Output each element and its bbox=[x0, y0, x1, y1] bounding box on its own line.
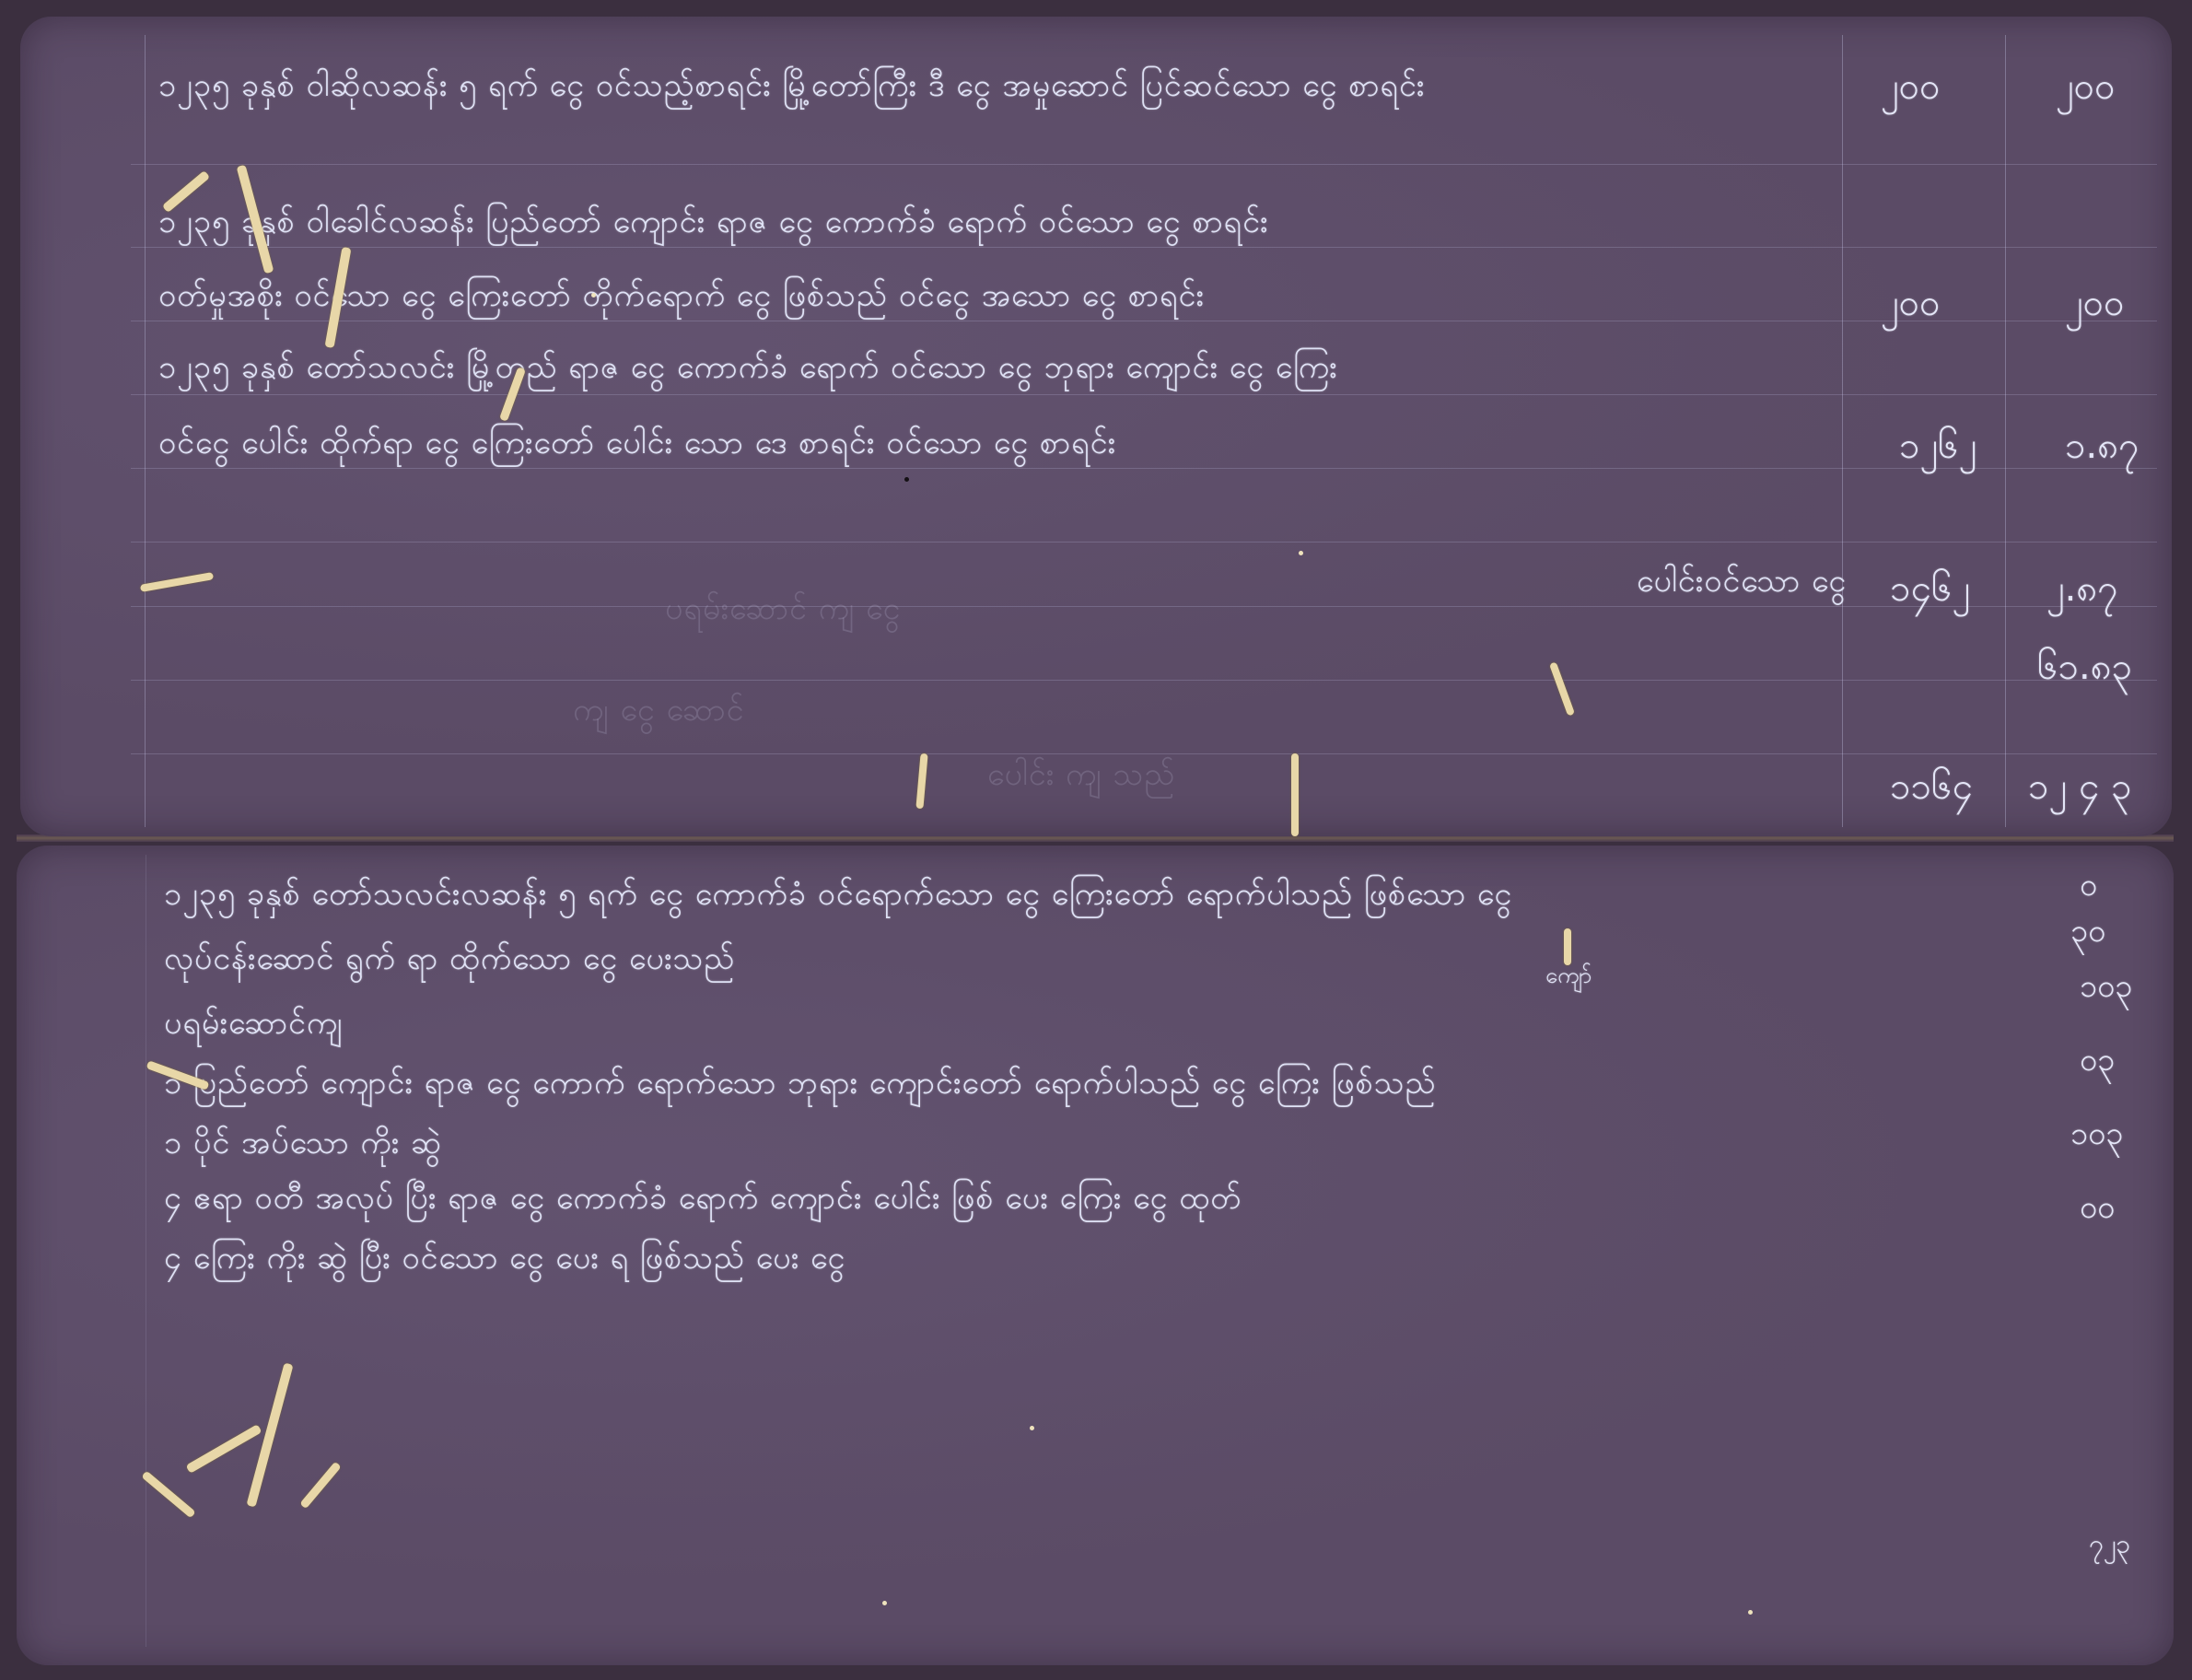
damage-crack bbox=[1564, 928, 1571, 965]
final-col2: ၁၂ ၄ ၃ bbox=[2028, 763, 2132, 817]
margin-rule bbox=[145, 35, 146, 827]
ruled-line bbox=[131, 542, 2157, 542]
ruled-line bbox=[131, 606, 2157, 607]
column-rule bbox=[1842, 35, 1843, 827]
entry-2-col2: ၂၀၀ bbox=[2065, 279, 2125, 333]
manuscript-panel-top: ၁၂၃၅ ခုနှစ် ဝါဆိုလဆန်း ၅ ရက် ငွေ ဝင်သည့်… bbox=[20, 17, 2172, 836]
damage-crack bbox=[141, 1471, 195, 1519]
ghost-text-1: ပရမ်းဆောင် ကျ ငွေ bbox=[665, 588, 901, 635]
final-col1: ၁၁၆၄ bbox=[1890, 763, 1973, 817]
bottom-line-6: ၄ ဧရာ ဝတီ အလုပ် ပြီး ရာဇ ငွေ ကောက်ခံ ရော… bbox=[164, 1177, 1242, 1224]
entry-3-col2: ၁.၈၇ bbox=[2065, 422, 2140, 476]
right-value-6: ၀၀ bbox=[2080, 1186, 2115, 1233]
ruled-line bbox=[131, 680, 2157, 681]
entry-3-line-1: ၁၂၃၅ ခုနှစ် တော်သလင်း မြို့တည် ရာဇ ငွေ က… bbox=[158, 346, 1338, 393]
damage-crack bbox=[1549, 661, 1575, 716]
bottom-line-5: ၁ ပိုင် အပ်သော ကိုး ဆွဲ bbox=[164, 1122, 442, 1169]
damage-crack bbox=[186, 1424, 262, 1474]
entry-2-line-1: ၁၂၃၅ ခုနှစ် ဝါခေါင်လဆန်း ပြည်တော် ကျောင်… bbox=[158, 201, 1269, 248]
entry-2-line-2: ဝတ်မှုအစိုး ဝင်သော ငွေ ကြေးတော် တိုက်ရော… bbox=[158, 274, 1205, 321]
column-rule bbox=[2005, 35, 2006, 827]
damage-crack bbox=[140, 572, 214, 592]
bottom-line-7: ၄ ကြေး ကိုး ဆွဲ ပြီး ဝင်သော ငွေ ပေး ရ ဖြ… bbox=[164, 1237, 845, 1284]
speck bbox=[1748, 1610, 1753, 1615]
damage-crack bbox=[1291, 753, 1299, 836]
bottom-line-4: ၁ ပြည်တော် ကျောင်း ရာဇ ငွေ ကောက် ရောက်သေ… bbox=[164, 1062, 1436, 1109]
ghost-text-2: ကျ ငွေ ဆောင် bbox=[573, 689, 744, 736]
entry-1-line-1: ၁၂၃၅ ခုနှစ် ဝါဆိုလဆန်း ၅ ရက် ငွေ ဝင်သည့်… bbox=[158, 64, 1425, 111]
entry-3-col1: ၁၂၆၂ bbox=[1899, 422, 1976, 476]
damage-crack bbox=[915, 753, 927, 809]
page-number: ၇၂၃ bbox=[2089, 1527, 2130, 1566]
total-col1: ၁၄၆၂ bbox=[1890, 565, 1970, 619]
entry-1-col2: ၂၀၀ bbox=[2056, 63, 2116, 117]
right-value-5: ၁၀၃ bbox=[2070, 1113, 2123, 1160]
total-col2: ၂.၈၇ bbox=[2046, 565, 2118, 619]
bottom-line-2: လုပ်ငန်းဆောင် ရွက် ရာ ထိုက်သော ငွေ ပေးသည… bbox=[164, 938, 735, 985]
entry-1-col1: ၂၀၀ bbox=[1881, 63, 1941, 117]
margin-rule bbox=[146, 855, 146, 1647]
ruled-line bbox=[131, 394, 2157, 395]
speck bbox=[591, 293, 596, 297]
right-value-4: ၀၃ bbox=[2080, 1039, 2115, 1086]
bottom-line-1: ၁၂၃၅ ခုနှစ် တော်သလင်းလဆန်း ၅ ရက် ငွေ ကော… bbox=[164, 873, 1512, 920]
speck bbox=[1299, 551, 1303, 555]
damage-crack bbox=[299, 1462, 341, 1510]
bottom-line-3: ပရမ်းဆောင်ကျ bbox=[164, 1002, 343, 1049]
right-value-1: ၀ bbox=[2080, 864, 2097, 911]
entry-3-line-2: ဝင်ငွေ ပေါင်း ထိုက်ရာ ငွေ ကြေးတော် ပေါင်… bbox=[158, 422, 1116, 469]
subtotal-col2: ၆၁.၈၃ bbox=[2037, 643, 2132, 697]
manuscript-panel-bottom: ၁၂၃၅ ခုနှစ် တော်သလင်းလဆန်း ၅ ရက် ငွေ ကော… bbox=[17, 846, 2174, 1665]
interline-note: ကျော် bbox=[1545, 961, 1592, 994]
speck bbox=[904, 477, 909, 482]
right-value-2: ၃၀ bbox=[2070, 910, 2105, 957]
ruled-line bbox=[131, 164, 2157, 165]
entry-2-col1: ၂၀၀ bbox=[1881, 279, 1941, 333]
total-label: ပေါင်းဝင်သော ငွေ bbox=[1637, 560, 1847, 607]
speck bbox=[882, 1601, 887, 1605]
ghost-text-3: ပေါင်း ကျ သည် bbox=[987, 753, 1175, 800]
speck bbox=[1030, 1426, 1034, 1430]
right-value-3: ၁၀၃ bbox=[2080, 965, 2132, 1012]
